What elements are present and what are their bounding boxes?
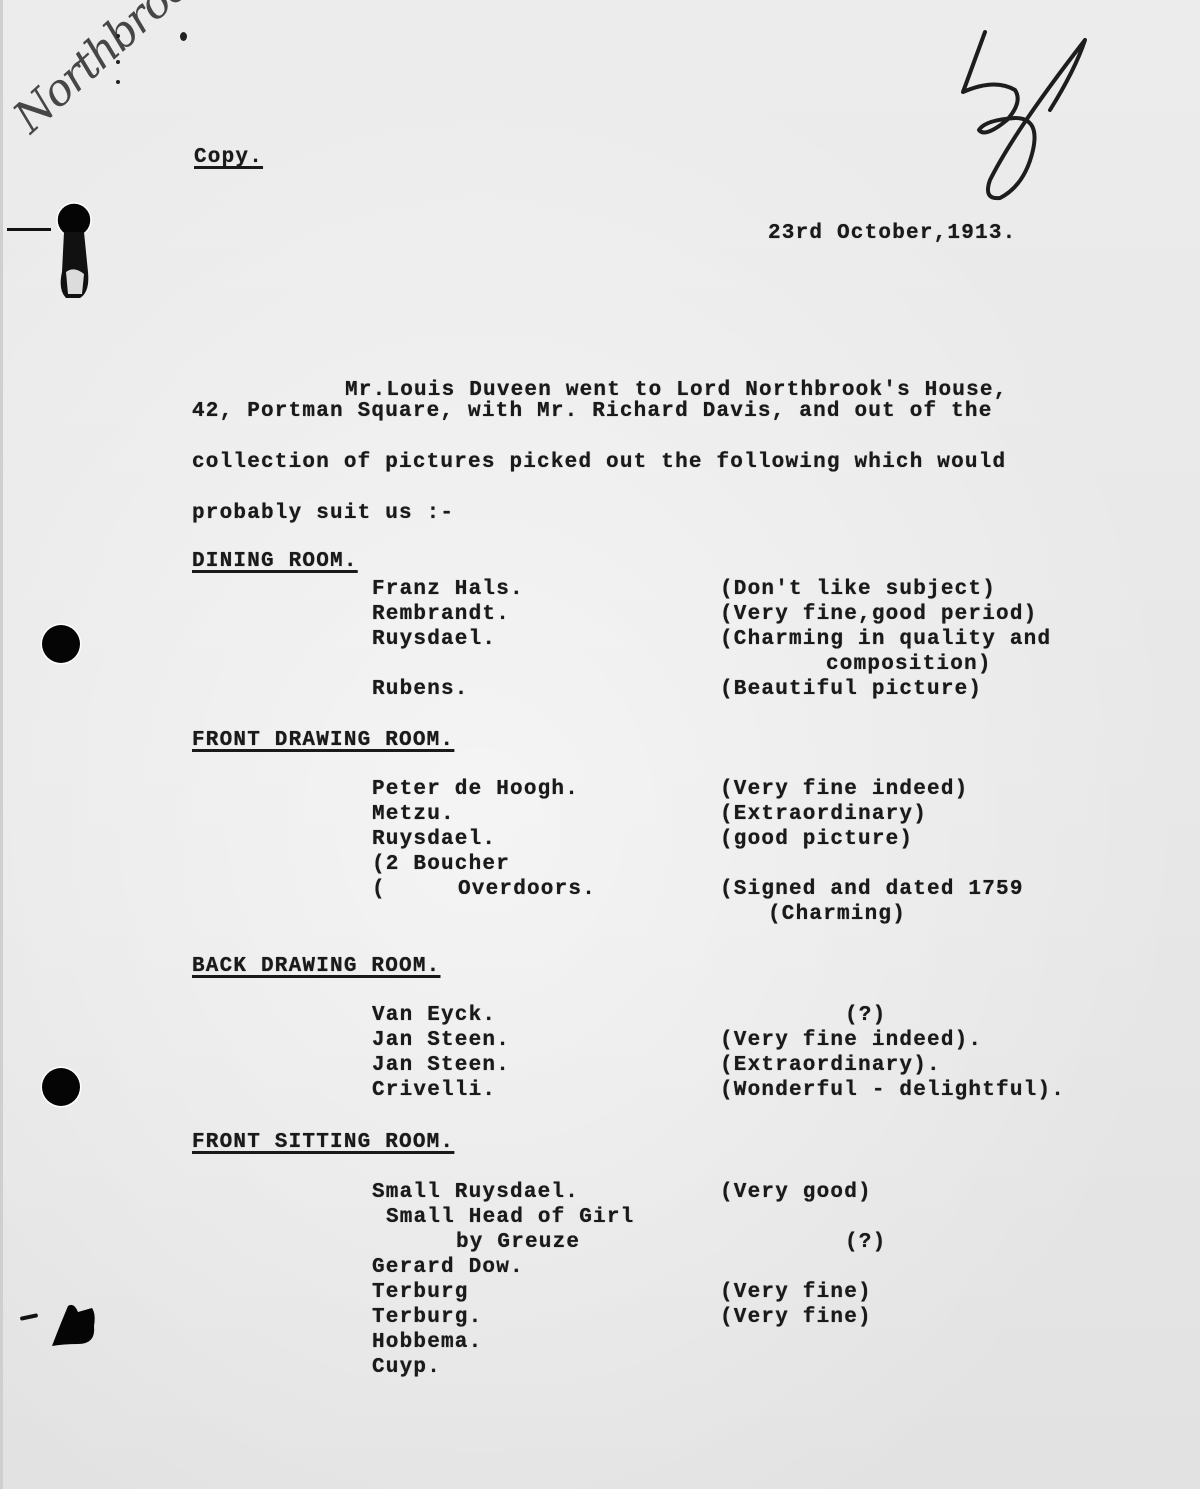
handwritten-folio-number: 3f — [955, 20, 1115, 210]
artist-name: Van Eyck. — [372, 1004, 496, 1027]
comment: (Beautiful picture) — [720, 678, 982, 701]
body-line: 42, Portman Square, with Mr. Richard Dav… — [192, 400, 993, 423]
letter-date: 23rd October,1913. — [768, 222, 1016, 245]
copy-label: Copy. — [194, 146, 263, 169]
artist-name: Small Ruysdael. — [372, 1181, 579, 1204]
comment: (Very fine) — [720, 1306, 872, 1329]
room-heading: FRONT SITTING ROOM. — [192, 1131, 454, 1154]
comment: (good picture) — [720, 828, 913, 851]
comment: (Don't like subject) — [720, 578, 996, 601]
room-heading: DINING ROOM. — [192, 550, 358, 573]
artist-name: Crivelli. — [372, 1079, 496, 1102]
room-heading: FRONT DRAWING ROOM. — [192, 729, 454, 752]
artist-name: Terburg. — [372, 1306, 482, 1329]
comment: (?) — [845, 1231, 886, 1254]
artist-name: Gerard Dow. — [372, 1256, 524, 1279]
comment: (?) — [845, 1004, 886, 1027]
artist-name: Cuyp. — [372, 1356, 441, 1379]
artist-name: Jan Steen. — [372, 1029, 510, 1052]
artist-name: Small Head of Girl — [386, 1206, 634, 1229]
artist-name: Ruysdael. — [372, 628, 496, 651]
comment: (Very fine,good period) — [720, 603, 1037, 626]
artist-name: Jan Steen. — [372, 1054, 510, 1077]
comment: (Very good) — [720, 1181, 872, 1204]
artist-name: Terburg — [372, 1281, 469, 1304]
svg-text:3f: 3f — [955, 20, 957, 21]
comment: (Very fine) — [720, 1281, 872, 1304]
room-heading: BACK DRAWING ROOM. — [192, 955, 440, 978]
artist-name: Metzu. — [372, 803, 455, 826]
artist-name: Peter de Hoogh. — [372, 778, 579, 801]
margin-tick — [7, 228, 51, 231]
punch-hole — [42, 1068, 80, 1106]
punch-hole — [42, 625, 80, 663]
comment: (Very fine indeed) — [720, 778, 968, 801]
comment: (Signed and dated 1759 — [720, 878, 1024, 901]
artist-name: Overdoors. — [458, 878, 596, 901]
comment: (Charming in quality and — [720, 628, 1051, 651]
body-line: Mr.Louis Duveen went to Lord Northbrook'… — [345, 379, 1008, 402]
artist-name: (2 Boucher — [372, 853, 510, 876]
document-page — [0, 0, 1200, 1489]
artist-name: Franz Hals. — [372, 578, 524, 601]
torn-punch-hole — [56, 202, 96, 302]
bracket-mark: ( — [372, 878, 386, 901]
artist-name: Rubens. — [372, 678, 469, 701]
body-line: collection of pictures picked out the fo… — [192, 451, 1006, 474]
torn-punch-hole — [48, 1300, 108, 1350]
comment-continuation: (Charming) — [768, 903, 906, 926]
comment: (Extraordinary) — [720, 803, 927, 826]
artist-name: Hobbema. — [372, 1331, 482, 1354]
comment: (Extraordinary). — [720, 1054, 941, 1077]
artist-name: by Greuze — [456, 1231, 580, 1254]
comment-continuation: composition) — [826, 653, 992, 676]
comment: (Very fine indeed). — [720, 1029, 982, 1052]
body-line: probably suit us :- — [192, 502, 454, 525]
artist-name: Ruysdael. — [372, 828, 496, 851]
artist-name: Rembrandt. — [372, 603, 510, 626]
comment: (Wonderful - delightful). — [720, 1079, 1065, 1102]
